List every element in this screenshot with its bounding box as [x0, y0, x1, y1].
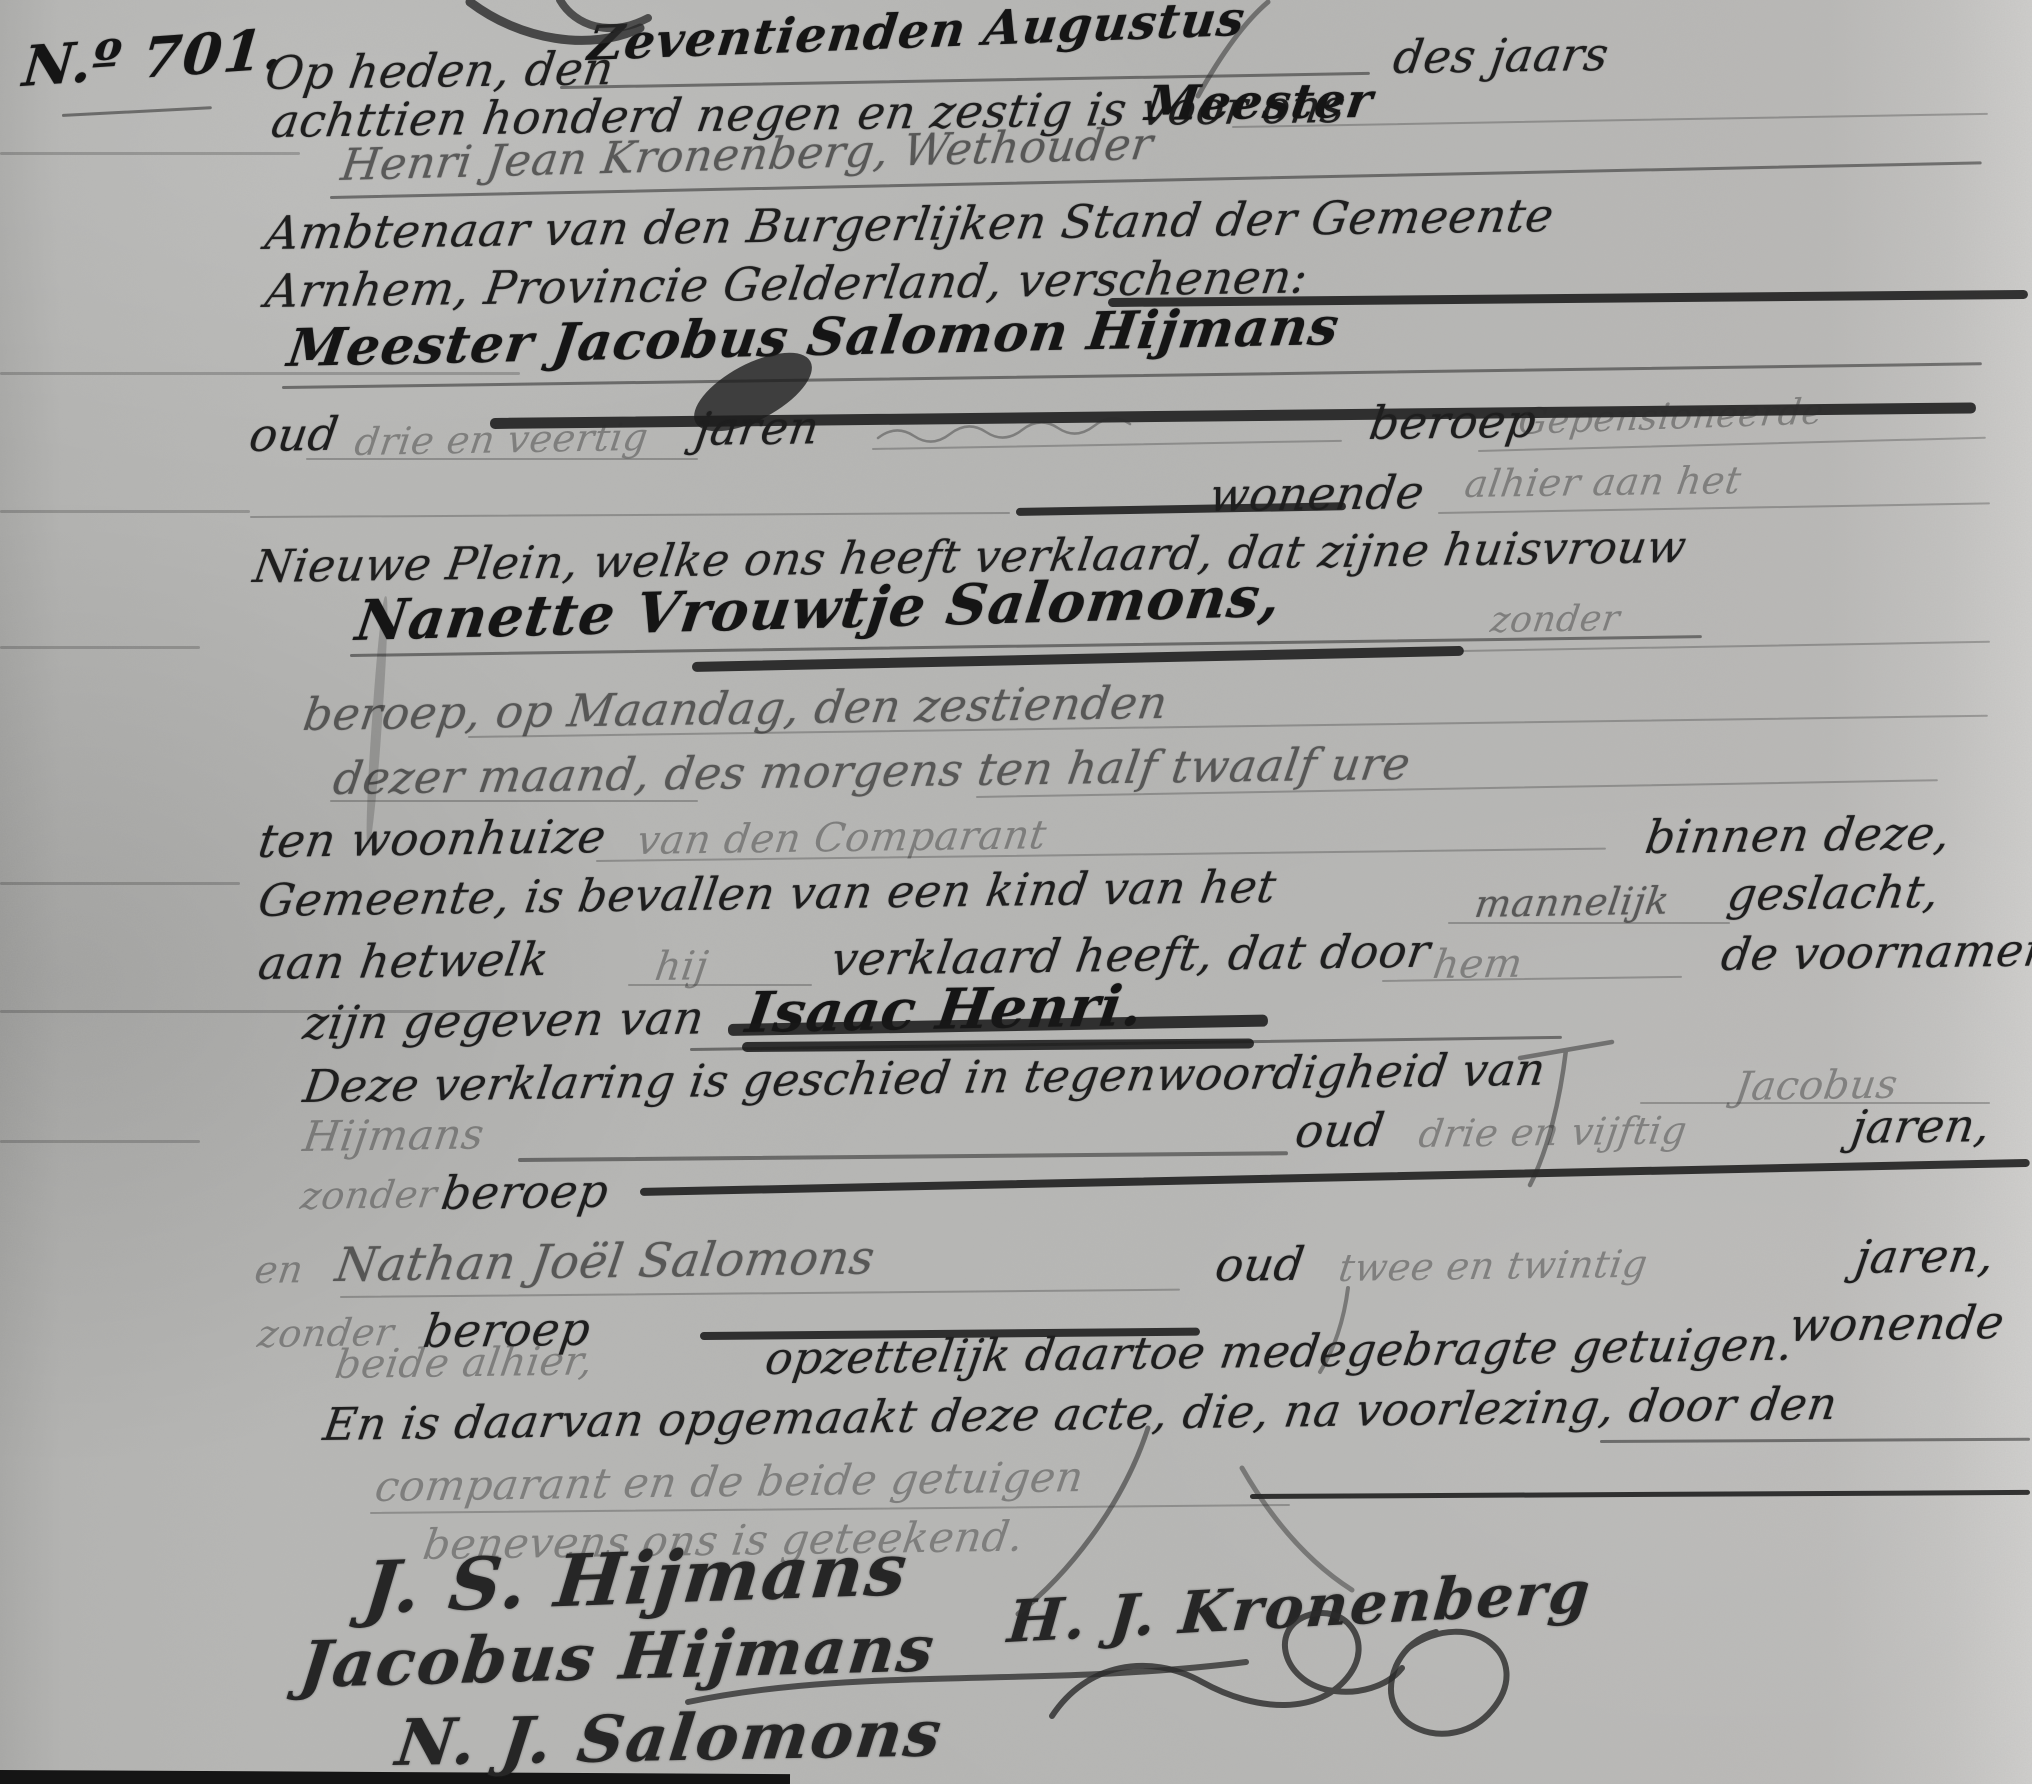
- doc-line: en: [252, 1247, 306, 1292]
- scan-streak: [0, 1140, 200, 1143]
- ruled-line: [306, 458, 698, 460]
- doc-line: jaren,: [1848, 1098, 1994, 1154]
- doc-line: aan hetwelk: [255, 932, 553, 990]
- doc-line: zonder: [1488, 598, 1623, 641]
- doc-line: hij: [652, 943, 711, 990]
- ruled-line: [872, 440, 1342, 450]
- birth-day-line: beroep, op Maandag, den zestienden: [300, 676, 1171, 741]
- declarant-age: drie en veertig: [352, 415, 651, 464]
- record-number: N.º 701.: [20, 16, 287, 100]
- doc-line: beide alhier,: [332, 1338, 596, 1388]
- signature-official: H. J. Kronenberg: [1005, 1558, 1594, 1656]
- witness2-age: twee en twintig: [1336, 1242, 1651, 1290]
- birth-time-line: dezer maand, des morgens ten half twaalf…: [330, 737, 1414, 805]
- doc-line: oud: [1292, 1103, 1388, 1158]
- doc-line: alhier aan het: [1462, 458, 1744, 506]
- ruled-line: [1448, 922, 1730, 924]
- paraph-flourish: [1391, 1632, 1507, 1734]
- child-gender: mannelijk: [1472, 879, 1672, 926]
- ruled-line: [518, 1151, 1288, 1162]
- ruled-line: [1600, 1438, 2030, 1443]
- witness1-age: drie en vijftig: [1416, 1108, 1690, 1156]
- scan-streak: [0, 510, 250, 513]
- doc-line: beroep: [438, 1164, 612, 1220]
- doc-line: ten woonhuize: [255, 809, 610, 868]
- witness1-name: Hijmans: [300, 1109, 488, 1161]
- declarant-occupation: Gepensioneerde: [1516, 391, 1826, 443]
- doc-line: des jaars: [1390, 27, 1612, 84]
- ruled-line: [1382, 976, 1682, 982]
- doc-line: geslacht,: [1724, 865, 1943, 921]
- ruled-line: [330, 800, 698, 802]
- doc-line: zonder: [298, 1172, 440, 1218]
- doc-line: zijn gegeven van: [300, 990, 708, 1050]
- ruled-line: [62, 106, 212, 117]
- doc-line: beroep: [1366, 394, 1540, 450]
- date-filled-line: Zeventienden Augustus: [585, 0, 1248, 72]
- scan-streak: [0, 152, 300, 155]
- ruled-line: [250, 512, 1010, 518]
- doc-line: wonende: [1786, 1295, 2008, 1352]
- witness2-name: Nathan Joël Salomons: [332, 1231, 878, 1293]
- doc-line: de voornamen: [1718, 923, 2032, 981]
- doc-line: oud: [1212, 1237, 1308, 1292]
- doc-line: opzettelijk daartoe medegebragte getuige…: [762, 1318, 1797, 1385]
- doc-line: comparant en de beide getuigen: [372, 1452, 1087, 1511]
- ink-strike: [640, 1159, 2030, 1196]
- doc-line: jaren: [692, 400, 823, 456]
- doc-line: jaren,: [1852, 1228, 1998, 1284]
- scan-streak: [0, 646, 200, 649]
- child-name-line: Isaac Henri.: [742, 973, 1148, 1046]
- ink-strike: [1250, 1490, 2030, 1499]
- doc-line: Gemeente, is bevallen van een kind van h…: [255, 860, 1280, 927]
- birth-record-scan: N.º 701. Op heden, den Zeventienden Augu…: [0, 0, 2032, 1784]
- ruled-line: [1462, 641, 1990, 652]
- signature-witness1: Jacobus Hijmans: [296, 1611, 939, 1703]
- doc-line: binnen deze,: [1642, 806, 1954, 864]
- doc-line: Ambtenaar van den Burgerlijken Stand der…: [262, 188, 1558, 260]
- doc-line: wonende: [1206, 465, 1428, 522]
- scan-streak: [0, 882, 240, 885]
- doc-line: oud: [246, 407, 342, 462]
- signature-witness2: N. J. Salomons: [392, 1697, 947, 1781]
